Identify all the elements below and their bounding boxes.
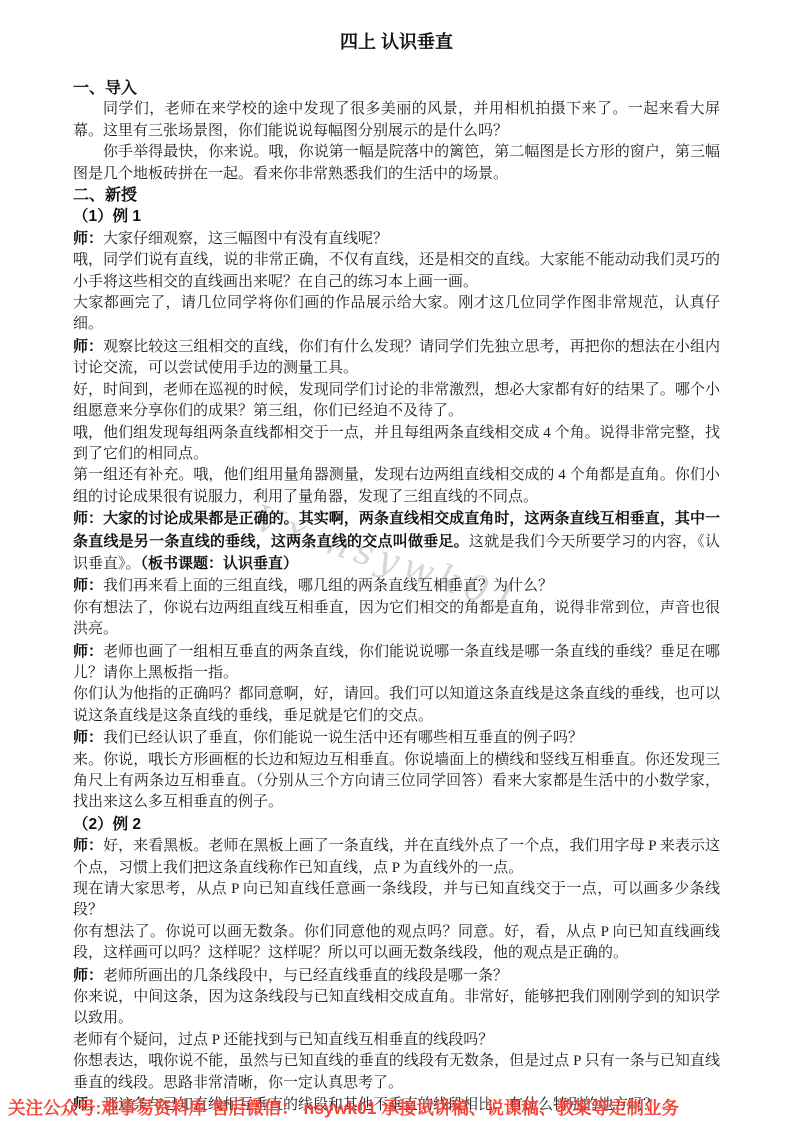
paragraph: 师：观察比较这三组相交的直线，你们有什么发现？请同学们先独立思考，再把你的想法在… <box>73 336 720 380</box>
paragraph: 师：老师所画出的几条线段中，与已经直线垂直的线段是哪一条？ <box>73 965 720 987</box>
text-run: 你想表达，哦你说不能，虽然与已知直线的垂直的线段有无数条，但是过点 P 只有一条… <box>73 1053 720 1090</box>
paragraph: 你来说，中间这条，因为这条线段与已知直线相交成直角。非常好，能够把我们刚刚学到的… <box>73 987 720 1030</box>
bold-text-run: 师： <box>73 729 103 746</box>
paragraph: 哦，他们组发现每组两条直线都相交于一点，并且每组两条直线相交成 4 个角。说得非… <box>73 423 720 466</box>
text-run: 你有想法了，你说右边两组直线互相垂直，因为它们相交的角都是直角，说得非常到位，声… <box>73 600 720 637</box>
bold-text-run: （板书课题：认识垂直） <box>141 555 299 572</box>
paragraph: 第一组还有补充。哦，他们组用量角器测量，发现右边两组直线相交成的 4 个角都是直… <box>73 465 720 508</box>
text-run: 你来说，中间这条，因为这条线段与已知直线相交成直角。非常好，能够把我们刚刚学到的… <box>73 989 720 1026</box>
document-body: 一、导入同学们，老师在来学校的途中发现了很多美丽的风景，并用相机拍摄下来了。一起… <box>73 78 720 1117</box>
text-run: 好，时间到，老师在巡视的时候，发现同学们讨论的非常激烈，想必大家都有好的结果了。… <box>73 382 720 419</box>
page-title: 四上 认识垂直 <box>0 0 793 53</box>
section-heading: 二、新授 <box>73 185 720 206</box>
paragraph: 你想表达，哦你说不能，虽然与已知直线的垂直的线段有无数条，但是过点 P 只有一条… <box>73 1051 720 1094</box>
paragraph: 你们认为他指的正确吗？都同意啊，好，请回。我们可以知道这条直线是这条直线的垂线，… <box>73 684 720 727</box>
text-run: 同学们，老师在来学校的途中发现了很多美丽的风景，并用相机拍摄下来了。一起来看大屏… <box>73 101 720 138</box>
text-run: 哦，他们组发现每组两条直线都相交于一点，并且每组两条直线相交成 4 个角。说得非… <box>73 425 720 462</box>
paragraph: 好，时间到，老师在巡视的时候，发现同学们讨论的非常激烈，想必大家都有好的结果了。… <box>73 380 720 423</box>
paragraph: 来。你说，哦长方形画框的长边和短边互相垂直。你说墙面上的横线和竖线互相垂直。你还… <box>73 750 720 814</box>
paragraph: 师：大家的讨论成果都是正确的。其实啊，两条直线相交成直角时，这两条直线互相垂直，… <box>73 508 720 575</box>
paragraph: 现在请大家思考，从点 P 向已知直线任意画一条线段，并与已知直线交于一点，可以画… <box>73 879 720 922</box>
text-run: 我们再来看上面的三组直线，哪几组的两条直线互相垂直？为什么？ <box>103 578 553 594</box>
paragraph: 老师有个疑问，过点 P 还能找到与已知直线互相垂直的线段吗？ <box>73 1030 720 1051</box>
text-run: 哦，同学们说有直线，说的非常正确，不仅有直线，还是相交的直线。大家能不能动动我们… <box>73 252 720 289</box>
text-run: 你们认为他指的正确吗？都同意啊，好，请回。我们可以知道这条直线是这条直线的垂线，… <box>73 686 720 723</box>
bold-text-run: 师： <box>73 967 103 984</box>
text-run: 大家仔细观察，这三幅图中有没有直线呢？ <box>103 231 388 247</box>
paragraph: 师：我们再来看上面的三组直线，哪几组的两条直线互相垂直？为什么？ <box>73 575 720 597</box>
text-run: 好，来看黑板。老师在黑板上画了一条直线，并在直线外点了一个点，我们用字母 P 来… <box>73 838 720 875</box>
bold-text-run: 师： <box>73 837 103 854</box>
footer-promo-banner: 关注公众号:难事易资料库 售后微信： nsywk01 承接试讲稿、说课稿、教案等… <box>8 1097 679 1119</box>
bold-text-run: 师： <box>73 577 103 594</box>
text-run: 我们已经认识了垂直，你们能说一说生活中还有哪些相互垂直的例子吗？ <box>103 730 583 746</box>
paragraph: 你手举得最快，你来说。哦，你说第一幅是院落中的篱笆，第二幅图是长方形的窗户，第三… <box>73 142 720 185</box>
paragraph: 师：老师也画了一组相互垂直的两条直线，你们能说说哪一条直线是哪一条直线的垂线？垂… <box>73 641 720 685</box>
paragraph: 师：大家仔细观察，这三幅图中有没有直线呢？ <box>73 228 720 250</box>
bold-text-run: 师： <box>73 643 103 660</box>
text-run: 你有想法了。你说可以画无数条。你们同意他的观点吗？同意。好，看，从点 P 向已知… <box>73 924 720 961</box>
section-heading: 一、导入 <box>73 78 720 99</box>
paragraph: 哦，同学们说有直线，说的非常正确，不仅有直线，还是相交的直线。大家能不能动动我们… <box>73 250 720 293</box>
text-run: 老师有个疑问，过点 P 还能找到与已知直线互相垂直的线段吗？ <box>73 1032 493 1048</box>
paragraph: 你有想法了，你说右边两组直线互相垂直，因为它们相交的角都是直角，说得非常到位，声… <box>73 598 720 641</box>
text-run: 你手举得最快，你来说。哦，你说第一幅是院落中的篱笆，第二幅图是长方形的窗户，第三… <box>73 144 720 181</box>
paragraph: 师：我们已经认识了垂直，你们能说一说生活中还有哪些相互垂直的例子吗？ <box>73 727 720 749</box>
text-run: 第一组还有补充。哦，他们组用量角器测量，发现右边两组直线相交成的 4 个角都是直… <box>73 467 720 504</box>
text-run: 大家都画完了，请几位同学将你们画的作品展示给大家。刚才这几位同学作图非常规范，认… <box>73 295 720 332</box>
document-page: Vx.nsywk01 四上 认识垂直 一、导入同学们，老师在来学校的途中发现了很… <box>0 0 793 1122</box>
section-heading: （2）例 2 <box>73 814 720 835</box>
paragraph: 你有想法了。你说可以画无数条。你们同意他的观点吗？同意。好，看，从点 P 向已知… <box>73 922 720 965</box>
text-run: 老师也画了一组相互垂直的两条直线，你们能说说哪一条直线是哪一条直线的垂线？垂足在… <box>73 644 720 681</box>
text-run: 老师所画出的几条线段中，与已经直线垂直的线段是哪一条？ <box>103 968 508 984</box>
bold-text-run: 师： <box>73 230 103 247</box>
section-heading: （1）例 1 <box>73 206 720 227</box>
paragraph: 同学们，老师在来学校的途中发现了很多美丽的风景，并用相机拍摄下来了。一起来看大屏… <box>73 99 720 142</box>
text-run: 现在请大家思考，从点 P 向已知直线任意画一条线段，并与已知直线交于一点，可以画… <box>73 881 720 918</box>
paragraph: 大家都画完了，请几位同学将你们画的作品展示给大家。刚才这几位同学作图非常规范，认… <box>73 293 720 336</box>
text-run: 来。你说，哦长方形画框的长边和短边互相垂直。你说墙面上的横线和竖线互相垂直。你还… <box>73 752 720 811</box>
bold-text-run: 师： <box>73 338 103 355</box>
text-run: 观察比较这三组相交的直线，你们有什么发现？请同学们先独立思考，再把你的想法在小组… <box>73 339 720 376</box>
paragraph: 师：好，来看黑板。老师在黑板上画了一条直线，并在直线外点了一个点，我们用字母 P… <box>73 835 720 879</box>
